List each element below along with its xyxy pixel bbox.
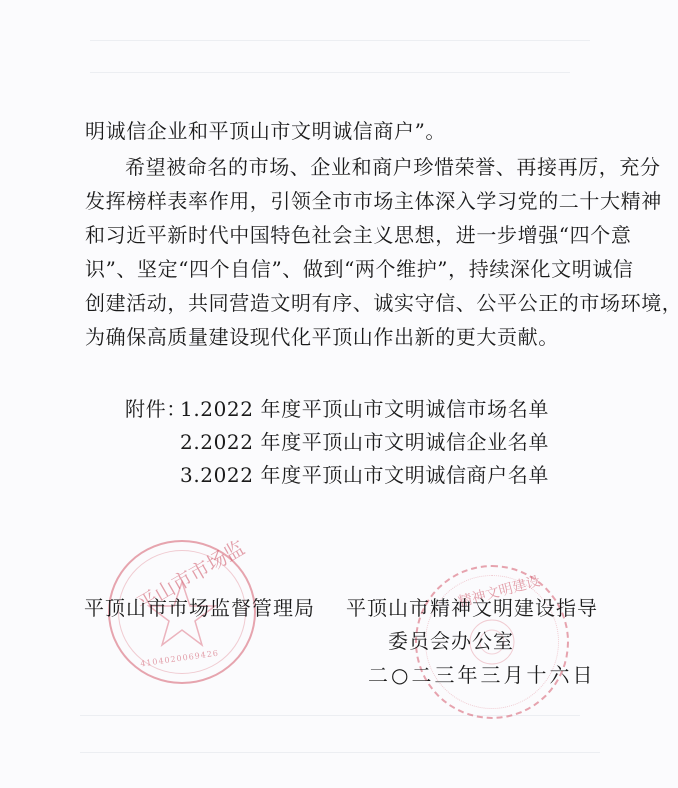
- body-line-4: 和习近平新时代中国特色社会主义思想，进一步增强“四个意: [85, 223, 631, 247]
- attachment-item-1: 1.2022 年度平顶山市文明诚信市场名单: [180, 397, 549, 421]
- signature-right-org-line1: 平顶山市精神文明建设指导: [346, 596, 598, 620]
- bleed-through-line: [80, 752, 600, 753]
- body-line-6: 创建活动，共同营造文明有序、诚实守信、公平公正的市场环境，: [85, 291, 678, 315]
- attachment-item-2: 2.2022 年度平顶山市文明诚信企业名单: [180, 430, 549, 454]
- document-date: 二○二三年三月十六日: [368, 663, 595, 687]
- body-line-5: 识”、坚定“四个自信”、做到“两个维护”，持续深化文明诚信: [85, 257, 634, 281]
- bleed-through-line: [90, 72, 570, 73]
- body-line-1: 明诚信企业和平顶山市文明诚信商户”。: [85, 119, 446, 143]
- document-page: 明诚信企业和平顶山市文明诚信商户”。 希望被命名的市场、企业和商户珍惜荣誉、再接…: [0, 0, 678, 788]
- attachments-label: 附件：: [125, 397, 187, 421]
- signature-left-org: 平顶山市市场监督管理局: [84, 596, 315, 620]
- body-line-3: 发挥榜样表率作用，引领全市市场主体深入学习党的二十大精神: [85, 189, 662, 213]
- attachment-item-3: 3.2022 年度平顶山市文明诚信商户名单: [180, 463, 549, 487]
- body-line-2: 希望被命名的市场、企业和商户珍惜荣誉、再接再厉，充分: [125, 155, 661, 179]
- bleed-through-line: [90, 40, 590, 41]
- body-line-7: 为确保高质量建设现代化平顶山作出新的更大贡献。: [85, 325, 559, 349]
- signature-right-org-line2: 委员会办公室: [388, 629, 514, 653]
